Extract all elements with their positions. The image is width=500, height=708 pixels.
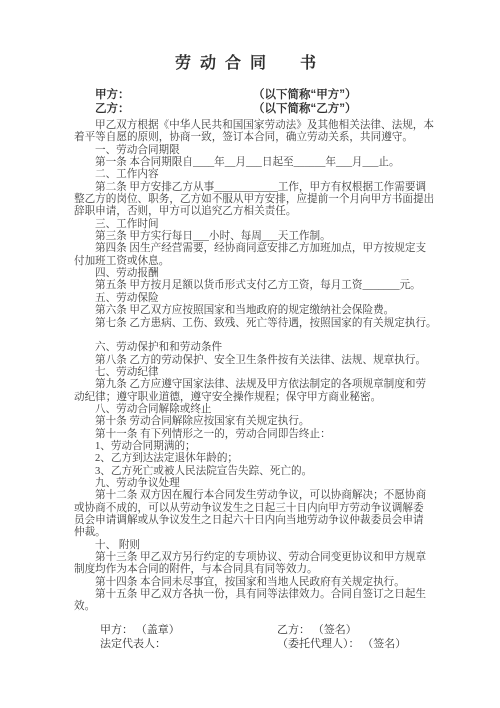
contract-line: 第七条 乙方患病、工伤、致残、死亡等待遇，按照国家的有关规定执行。 xyxy=(74,318,434,330)
contract-line: 第十一条 有下列情形之一的，劳动合同即告终止： xyxy=(74,429,434,441)
contract-page: 劳动合同 书 甲方： （以下简称“甲方”） 乙方： （以下简称“乙方”） 甲乙双… xyxy=(0,0,500,708)
contract-line: 十、 附则 xyxy=(74,540,434,552)
blank-line xyxy=(74,330,434,342)
signature-row: 甲方： （盖章） 乙方： （签名） xyxy=(100,623,500,637)
contract-line: 第六条 甲乙双方应按照国家和当地政府的规定缴纳社会保险费。 xyxy=(74,305,434,317)
contract-line: 第十五条 甲乙双方各执一份，具有同等法律效力。合同自签订之日起生 xyxy=(74,589,434,601)
contract-line: 三、工作时间 xyxy=(74,219,434,231)
contract-line: 第十四条 本合同未尽事宜，按国家和当地人民政府有关规定执行。 xyxy=(74,577,434,589)
contract-line: 3、乙方死亡或被人民法院宣告失踪、死亡的。 xyxy=(74,466,434,478)
contract-line: 第十条 劳动合同解除应按国家有关规定执行。 xyxy=(74,416,434,428)
party-a-note: （以下简称“甲方”） xyxy=(253,88,357,102)
contract-line: 第五条 甲方按月足额以货币形式支付乙方工资，每月工资_______元。 xyxy=(74,280,434,292)
party-a-seal-label: 甲方： （盖章） xyxy=(100,623,277,637)
signature-row: 法定代表人： （委托代理人）： （签名） xyxy=(100,637,500,651)
parties-block: 甲方： （以下简称“甲方”） 乙方： （以下简称“乙方”） xyxy=(95,88,500,116)
party-b-label: 乙方： xyxy=(95,102,253,116)
contract-line: 1、劳动合同期满的； xyxy=(74,441,434,453)
contract-line: 或协商不成的，可以从劳动争议发生之日起三十日内向甲方劳动争议调解委 xyxy=(74,503,434,515)
party-a-label: 甲方： xyxy=(95,88,253,102)
contract-line: 六、劳动保护和和劳动条件 xyxy=(74,342,434,354)
contract-line: 甲乙双方根据《中华人民共和国国家劳动法》及其他相关法律、法规，本 xyxy=(74,120,434,132)
contract-body: 甲乙双方根据《中华人民共和国国家劳动法》及其他相关法律、法规，本着平等自愿的原则… xyxy=(74,120,434,614)
contract-line: 整乙方的岗位、职务，乙方如不服从甲方安排，应提前一个月向甲方书面提出 xyxy=(74,194,434,206)
contract-line: 第九条 乙方应遵守国家法律、法规及甲方依法制定的各项规章制度和劳 xyxy=(74,379,434,391)
contract-line: 一、劳动合同期限 xyxy=(74,145,434,157)
contract-line: 八、劳动合同解除或终止 xyxy=(74,404,434,416)
contract-line: 第一条 本合同期限自____年__月___日起至______年___月___止。 xyxy=(74,157,434,169)
legal-representative-label: 法定代表人： xyxy=(100,637,277,651)
contract-line: 制度均作为本合同的附件，与本合同具有同等效力。 xyxy=(74,564,434,576)
contract-line: 二、工作内容 xyxy=(74,169,434,181)
contract-line: 辞职申请，否则，甲方可以追究乙方相关责任。 xyxy=(74,206,434,218)
contract-line: 仲裁。 xyxy=(74,527,434,539)
signature-block: 甲方： （盖章） 乙方： （签名） 法定代表人： （委托代理人）： （签名） xyxy=(100,623,500,651)
contract-line: 着平等自愿的原则，协商一致，签订本合同，确立劳动关系，共同遵守。 xyxy=(74,132,434,144)
contract-line: 效。 xyxy=(74,601,434,613)
contract-line: 四、劳动报酬 xyxy=(74,268,434,280)
contract-line: 第三条 甲方实行每日___小时、每周___天工作制。 xyxy=(74,231,434,243)
contract-line: 第二条 甲方安排乙方从事____________工作，甲方有权根据工作需要调 xyxy=(74,182,434,194)
contract-line: 第八条 乙方的劳动保护、安全卫生条件按有关法律、法规、规章执行。 xyxy=(74,355,434,367)
party-b-sign-label: 乙方： （签名） xyxy=(277,623,357,637)
contract-line: 2、乙方到达法定退休年龄的； xyxy=(74,453,434,465)
contract-line: 第十三条 甲乙双方另行约定的专项协议、劳动合同变更协议和甲方规章 xyxy=(74,552,434,564)
contract-line: 第十二条 双方因在履行本合同发生劳动争议，可以协商解决；不愿协商 xyxy=(74,490,434,502)
contract-line: 动纪律；遵守职业道德，遵守安全操作规程；保守甲方商业秘密。 xyxy=(74,392,434,404)
party-b-note: （以下简称“乙方”） xyxy=(253,102,357,116)
contract-line: 九、劳动争议处理 xyxy=(74,478,434,490)
party-a-row: 甲方： （以下简称“甲方”） xyxy=(95,88,500,102)
entrusted-agent-label: （委托代理人）： （签名） xyxy=(277,637,406,651)
page-title: 劳动合同 书 xyxy=(0,0,500,73)
contract-line: 七、劳动纪律 xyxy=(74,367,434,379)
party-b-row: 乙方： （以下简称“乙方”） xyxy=(95,102,500,116)
contract-line: 员会申请调解或从争议发生之日起六十日内向当地劳动争议仲裁委员会申请 xyxy=(74,515,434,527)
contract-line: 五、劳动保险 xyxy=(74,293,434,305)
contract-line: 第四条 因生产经营需要，经协商同意安排乙方加班加点，甲方按规定支 xyxy=(74,243,434,255)
contract-line: 付加班工资或休息。 xyxy=(74,256,434,268)
